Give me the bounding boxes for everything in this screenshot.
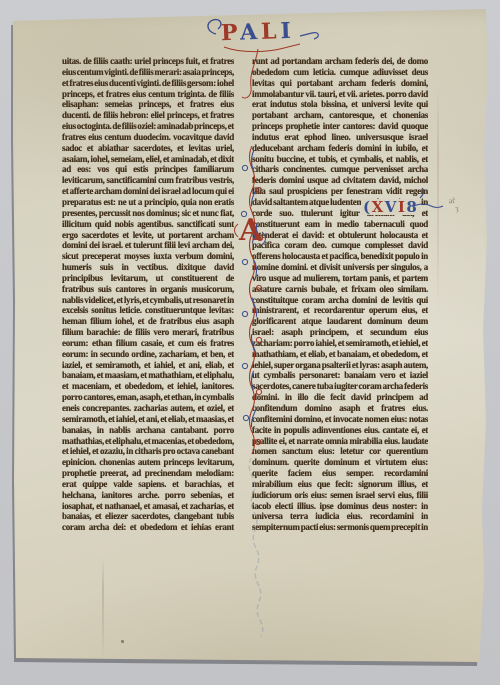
showthrough-line — [437, 84, 439, 312]
chapter-numeral-prefix: ( — [363, 198, 372, 216]
marginal-note-line: ȝ — [455, 205, 459, 213]
photo-backdrop: PALI uitas. de filiis caath: uriel princ… — [0, 0, 500, 685]
text-column-left: uitas. de filiis caath: uriel princeps f… — [62, 56, 234, 533]
ink-speck — [121, 640, 124, 643]
chapter-numeral-suffix: 8 — [406, 198, 418, 216]
running-title-letter: L — [261, 18, 281, 45]
manuscript-leaf: PALI uitas. de filiis caath: uriel princ… — [0, 0, 500, 685]
running-title-letter: I — [280, 18, 295, 44]
chapter-initial: A — [239, 217, 262, 245]
marginal-note: ar̃ ȝ — [448, 197, 459, 214]
chapter-numeral: (XVI8 — [361, 199, 420, 215]
running-title-letter: A — [240, 19, 262, 46]
chapter-numeral-letter: V — [385, 198, 398, 216]
chapter-numeral-letter: X — [372, 198, 385, 216]
running-title: PALI — [221, 19, 296, 46]
crease-line — [102, 558, 104, 660]
running-title-letter: P — [221, 20, 241, 47]
text-column-right: runt ad portandam archam federis dei, de… — [252, 56, 428, 533]
